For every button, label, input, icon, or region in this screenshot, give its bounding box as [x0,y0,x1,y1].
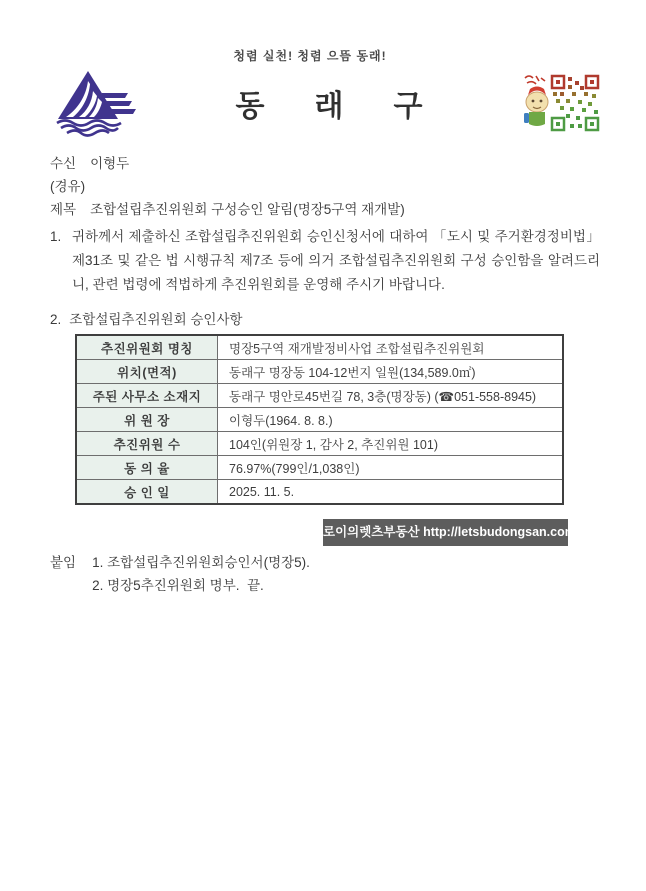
recipient-label: 수신 [50,156,76,171]
via-line: (경유) [50,175,85,195]
table-row: 주된 사무소 소재지 동래구 명안로45번길 78, 3층(명장동) (☎051… [76,384,563,408]
row-value: 104인(위원장 1, 감사 2, 추진위원 101) [218,432,564,456]
attachment-item: 1. 조합설립추진위원회승인서(명장5). [92,551,310,574]
row-value: 2025. 11. 5. [218,480,564,505]
subject-text: 조합설립추진위원회 구성승인 알림(명장5구역 재개발) [90,202,405,217]
section-2-heading: 2.조합설립추진위원회 승인사항 [50,308,243,328]
dongnae-gu-logo-icon [52,69,136,137]
row-label: 추진위원회 명칭 [76,335,218,360]
subject-label: 제목 [50,202,76,217]
attachment-item: 2. 명장5추진위원회 명부. 끝. [92,574,310,597]
row-label: 추진위원 수 [76,432,218,456]
row-label: 승 인 일 [76,480,218,505]
section-2-number: 2. [50,312,61,327]
approval-table: 추진위원회 명칭 명장5구역 재개발정비사업 조합설립추진위원회 위치(면적) … [75,334,564,505]
subject-line: 제목조합설립추진위원회 구성승인 알림(명장5구역 재개발) [50,198,405,218]
table-row: 승 인 일 2025. 11. 5. [76,480,563,505]
attachment-section: 붙임 1. 조합설립추진위원회승인서(명장5). 2. 명장5추진위원회 명부.… [50,551,310,597]
row-value: 명장5구역 재개발정비사업 조합설립추진위원회 [218,335,564,360]
table-row: 위치(면적) 동래구 명장동 104-12번지 일원(134,589.0㎡) [76,360,563,384]
table-row: 위 원 장 이형두(1964. 8. 8.) [76,408,563,432]
row-label: 주된 사무소 소재지 [76,384,218,408]
row-label: 동 의 율 [76,456,218,480]
row-label: 위 원 장 [76,408,218,432]
header-slogan: 청렴 실천! 청렴 으뜸 동래! [0,47,620,64]
org-title: 동래구 [136,81,522,125]
table-row: 동 의 율 76.97%(799인/1,038인) [76,456,563,480]
row-value: 이형두(1964. 8. 8.) [218,408,564,432]
document-header: 동래구 [52,68,602,138]
paragraph-number: 1. [50,225,72,249]
paragraph-text: 귀하께서 제출하신 조합설립추진위원회 승인신청서에 대하여 「도시 및 주거환… [72,225,600,297]
attachment-items: 1. 조합설립추진위원회승인서(명장5). 2. 명장5추진위원회 명부. 끝. [92,551,310,597]
qr-code-icon [522,72,602,134]
body-paragraph-1: 1. 귀하께서 제출하신 조합설립추진위원회 승인신청서에 대하여 「도시 및 … [50,225,600,297]
section-2-title: 조합설립추진위원회 승인사항 [69,312,242,327]
watermark-banner: 로이의렛츠부동산 http://letsbudongsan.com [323,519,568,546]
document-page: { "header": { "slogan": "청렴 실천! 청렴 으뜸 동래… [0,0,646,891]
recipient-name: 이형두 [90,156,129,171]
table-row: 추진위원회 명칭 명장5구역 재개발정비사업 조합설립추진위원회 [76,335,563,360]
table-row: 추진위원 수 104인(위원장 1, 감사 2, 추진위원 101) [76,432,563,456]
row-label: 위치(면적) [76,360,218,384]
row-value: 76.97%(799인/1,038인) [218,456,564,480]
row-value: 동래구 명안로45번길 78, 3층(명장동) (☎051-558-8945) [218,384,564,408]
recipient-line: 수신이형두 [50,152,129,172]
attachment-label: 붙임 [50,551,76,597]
row-value: 동래구 명장동 104-12번지 일원(134,589.0㎡) [218,360,564,384]
